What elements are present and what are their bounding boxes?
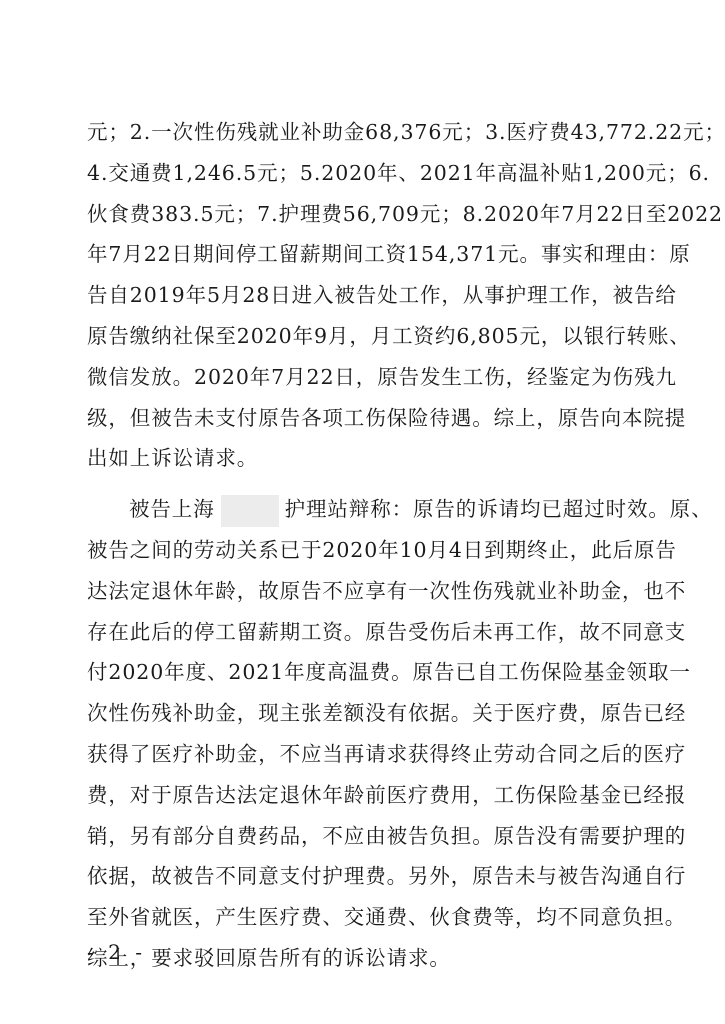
text-fragment: 被告上海 — [129, 497, 215, 521]
document-page: 元；2.一次性伤残就业补助金68,376元；3.医疗费43,772.22元； 4… — [0, 0, 725, 1024]
redacted-name-block — [221, 495, 279, 527]
text-line: 年7月22日期间停工留薪期间工资154,371元。事实和理由：原 — [87, 234, 653, 275]
text-line: 达法定退休年龄，故原告不应享有一次性伤残就业补助金，也不 — [87, 571, 653, 612]
text-line: 依据，故被告不同意支付护理费。另外，原告未与被告沟通自行 — [87, 856, 653, 897]
text-line: 销，另有部分自费药品，不应由被告负担。原告没有需要护理的 — [87, 816, 653, 857]
text-line: 告自2019年5月28日进入被告处工作，从事护理工作，被告给 — [87, 275, 653, 316]
text-line: 出如上诉讼请求。 — [87, 438, 653, 479]
text-line: 微信发放。2020年7月22日，原告发生工伤，经鉴定为伤残九 — [87, 357, 653, 398]
text-line: 费，对于原告达法定退休年龄前医疗费用，工伤保险基金已经报 — [87, 775, 653, 816]
text-line: 伙食费383.5元；7.护理费56,709元；8.2020年7月22日至2022 — [87, 194, 653, 235]
text-line: 存在此后的停工留薪期工资。原告受伤后未再工作，故不同意支 — [87, 612, 653, 653]
text-line: 综上，要求驳回原告所有的诉讼请求。 — [87, 938, 653, 979]
text-fragment: 护理站辩称：原告的诉请均已超过时效。原、 — [285, 497, 713, 521]
text-line: 元；2.一次性伤残就业补助金68,376元；3.医疗费43,772.22元； — [87, 112, 653, 153]
text-line: 4.交通费1,246.5元；5.2020年、2021年高温补贴1,200元；6. — [87, 153, 653, 194]
text-line: 次性伤残补助金，现主张差额没有依据。关于医疗费，原告已经 — [87, 693, 653, 734]
text-line: 获得了医疗补助金，不应当再请求获得终止劳动合同之后的医疗 — [87, 734, 653, 775]
paragraph-gap — [87, 479, 653, 489]
text-line: 原告缴纳社保至2020年9月，月工资约6,805元，以银行转账、 — [87, 316, 653, 357]
text-line: 付2020年度、2021年度高温费。原告已自工伤保险基金领取一 — [87, 652, 653, 693]
document-body: 元；2.一次性伤残就业补助金68,376元；3.医疗费43,772.22元； 4… — [87, 112, 653, 979]
text-line: 级，但被告未支付原告各项工伤保险待遇。综上，原告向本院提 — [87, 398, 653, 439]
defendant-statement-first-line: 被告上海护理站辩称：原告的诉请均已超过时效。原、 — [87, 489, 653, 530]
text-line: 至外省就医，产生医疗费、交通费、伙食费等，均不同意负担。 — [87, 897, 653, 938]
text-line: 被告之间的劳动关系已于2020年10月4日到期终止，此后原告 — [87, 530, 653, 571]
page-number: - 2 - — [87, 940, 146, 964]
